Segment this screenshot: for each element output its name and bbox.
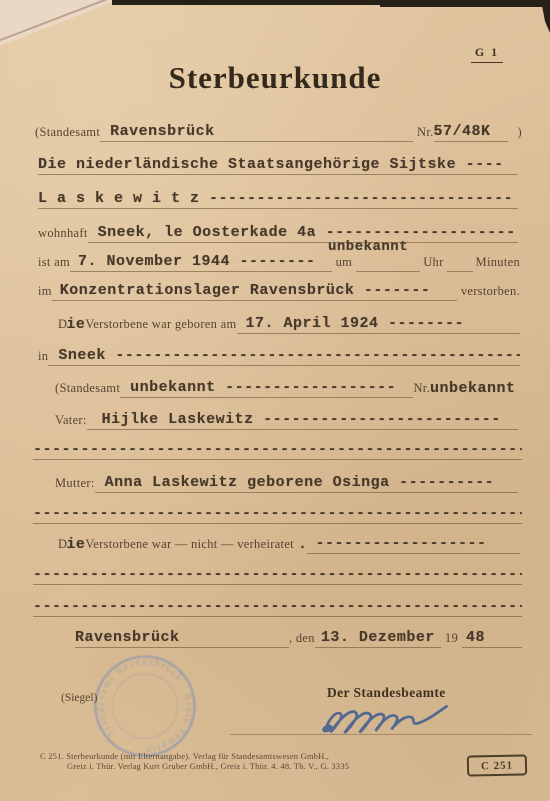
marital-row: D ie Verstorbene war — nicht — verheirat… xyxy=(58,532,520,554)
marital-field: ------------------ xyxy=(307,535,520,554)
residence-label: wohnhaft xyxy=(38,226,88,243)
birth-date-field: 17. April 1924 -------- xyxy=(237,315,521,334)
minuten-label: Minuten xyxy=(476,255,520,272)
filler-row: ----------------------------------------… xyxy=(33,563,522,585)
imprint-line2: Greiz i. Thür. Verlag Kurt Gruber GmbH.,… xyxy=(67,762,349,772)
death-place-label: im xyxy=(38,284,52,301)
surname-field: L a s k e w i t z ----------------------… xyxy=(38,190,518,209)
birth-registry-field: unbekannt ------------------ xyxy=(120,379,413,398)
nr-label: Nr. xyxy=(417,125,434,142)
death-date-value: 7. November 1944 -------- xyxy=(78,253,316,271)
issue-place-field: Ravensbrück xyxy=(75,629,289,648)
minutes-field xyxy=(447,271,473,272)
born-prefix-typed: ie xyxy=(66,316,85,334)
den-label: , den xyxy=(289,631,315,648)
year-typed: 48 xyxy=(466,629,485,647)
marital-dashes: ------------------ xyxy=(315,535,486,553)
birth-registry-nr-label: Nr. xyxy=(413,381,430,398)
birth-place-label: in xyxy=(38,349,48,366)
filler-field: ----------------------------------------… xyxy=(33,598,522,617)
birth-registry-row: (Standesamt unbekannt ------------------… xyxy=(55,376,518,398)
birth-place-field: Sneek ----------------------------------… xyxy=(48,347,520,366)
death-time-field xyxy=(356,271,420,272)
filler-dashes: ----------------------------------------… xyxy=(33,505,522,523)
paren-close: ) xyxy=(518,125,522,142)
birth-registry-value: unbekannt ------------------ xyxy=(130,379,396,397)
father-row: Vater: Hijlke Laskewitz ----------------… xyxy=(55,408,518,430)
standesamt-value: Ravensbrück xyxy=(110,123,215,141)
standesamt-field: Ravensbrück xyxy=(100,123,413,142)
birth-place-value: Sneek ----------------------------------… xyxy=(58,347,520,365)
issue-date-field: 13. Dezember xyxy=(315,629,441,648)
um-label: um xyxy=(336,255,353,272)
nationality-line: Die niederländische Staatsangehörige Sij… xyxy=(38,156,504,174)
filler-dashes: ----------------------------------------… xyxy=(33,441,522,459)
birth-date-value: 17. April 1924 -------- xyxy=(246,315,465,333)
siegel-label: (Siegel) xyxy=(61,692,97,704)
marital-text: Verstorbene war — nicht — verheiratet xyxy=(85,537,294,554)
standesamt-label: (Standesamt xyxy=(35,125,100,142)
residence-row: wohnhaft Sneek, le Oosterkade 4a -------… xyxy=(38,221,518,243)
torn-corner-backing xyxy=(0,0,118,46)
mother-field: Anna Laskewitz geborene Osinga ---------… xyxy=(95,474,518,493)
father-label: Vater: xyxy=(55,413,87,430)
nationality-row: Die niederländische Staatsangehörige Sij… xyxy=(38,153,518,175)
signature-rule xyxy=(230,734,532,735)
surname-line: L a s k e w i t z ----------------------… xyxy=(38,190,513,208)
filler-dashes: ----------------------------------------… xyxy=(33,566,522,584)
year-printed: 19 xyxy=(445,631,458,648)
mother-row: Mutter: Anna Laskewitz geborene Osinga -… xyxy=(55,471,518,493)
scan-edge-corner xyxy=(541,0,550,33)
nr-value: 57/48K xyxy=(434,123,491,141)
marital-period: . xyxy=(298,536,308,554)
death-date-label: ist am xyxy=(38,255,70,272)
residence-field: Sneek, le Oosterkade 4a ----------------… xyxy=(88,224,518,243)
filler-row: ----------------------------------------… xyxy=(33,438,522,460)
mother-label: Mutter: xyxy=(55,476,95,493)
death-date-field: 7. November 1944 -------- xyxy=(70,253,332,272)
printer-imprint: C 251. Sterbeurkunde (mit Elternangabe).… xyxy=(40,752,349,771)
mother-value: Anna Laskewitz geborene Osinga ---------… xyxy=(105,474,495,492)
filler-dashes: ----------------------------------------… xyxy=(33,598,522,616)
birth-registry-nr-value: unbekannt xyxy=(430,380,516,398)
birth-date-row: D ie Verstorbene war geboren am 17. Apri… xyxy=(58,312,520,334)
death-place-field: Konzentrationslager Ravensbrück ------- xyxy=(52,282,457,301)
issue-date-value: 13. Dezember xyxy=(321,629,435,647)
surname-row: L a s k e w i t z ----------------------… xyxy=(38,187,518,209)
verstorben-label: verstorben. xyxy=(461,284,520,301)
death-place-row: im Konzentrationslager Ravensbrück -----… xyxy=(38,279,520,301)
certificate-paper: G 1 Sterbeurkunde (Standesamt Ravensbrüc… xyxy=(0,0,550,801)
filler-field: ----------------------------------------… xyxy=(33,566,522,585)
filler-row: ----------------------------------------… xyxy=(33,595,522,617)
birth-place-row: in Sneek -------------------------------… xyxy=(38,344,520,366)
birth-registry-label: (Standesamt xyxy=(55,381,120,398)
year-field: 48 xyxy=(462,629,522,648)
form-number-box: C 251 xyxy=(467,754,527,776)
marital-prefix-typed: ie xyxy=(66,536,85,554)
scan-edge-top-right xyxy=(380,0,550,7)
residence-value: Sneek, le Oosterkade 4a ----------------… xyxy=(98,224,516,242)
registry-row: (Standesamt Ravensbrück Nr. 57/48K ) xyxy=(35,120,522,142)
uhr-label: Uhr xyxy=(423,255,443,272)
death-place-value: Konzentrationslager Ravensbrück ------- xyxy=(60,282,431,300)
filler-field: ----------------------------------------… xyxy=(33,505,522,524)
birth-registry-nr-field: unbekannt xyxy=(430,380,518,398)
nationality-field: Die niederländische Staatsangehörige Sij… xyxy=(38,156,518,175)
scanned-death-certificate: { "document": { "form_code": "G 1", "tit… xyxy=(0,0,550,801)
born-label: Verstorbene war geboren am xyxy=(85,317,236,334)
death-date-row: ist am 7. November 1944 -------- um Uhr … xyxy=(38,250,520,272)
nr-field: 57/48K xyxy=(434,123,508,142)
filler-row: ----------------------------------------… xyxy=(33,502,522,524)
filler-field: ----------------------------------------… xyxy=(33,441,522,460)
father-value: Hijlke Laskewitz -----------------------… xyxy=(102,411,501,429)
document-title: Sterbeurkunde xyxy=(0,60,550,96)
father-field: Hijlke Laskewitz -----------------------… xyxy=(87,411,518,430)
